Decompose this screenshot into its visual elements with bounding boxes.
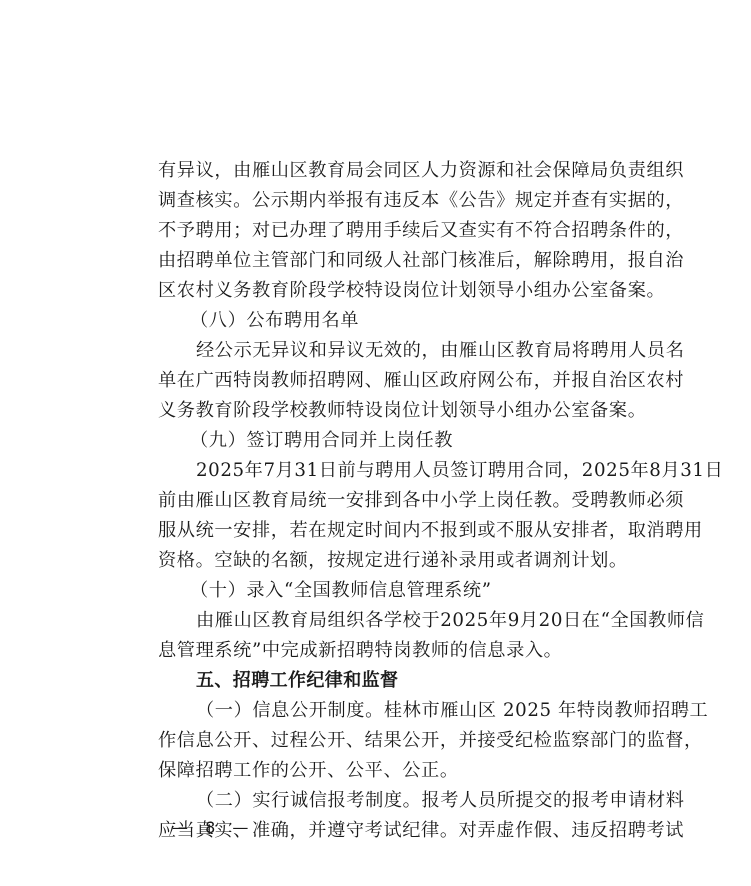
paragraph-line: 调查核实。公示期内举报有违反本《公告》规定并查有实据的，	[158, 186, 614, 216]
paragraph-line: 区农村义务教育阶段学校特设岗位计划领导小组办公室备案。	[158, 276, 614, 306]
chapter-5-item-1: （一）信息公开制度。桂林市雁山区 2025 年特岗教师招聘工 作信息公开、过程公…	[158, 696, 614, 786]
paragraph-line: 前由雁山区教育局统一安排到各中小学上岗任教。受聘教师必须	[158, 486, 614, 516]
section-heading-8: （八）公布聘用名单	[158, 306, 614, 336]
section-8: （八）公布聘用名单 经公示无异议和异议无效的，由雁山区教育局将聘用人员名 单在广…	[158, 306, 614, 426]
paragraph-line: 有异议，由雁山区教育局会同区人力资源和社会保障局负责组织	[158, 156, 614, 186]
section-10: （十）录入“全国教师信息管理系统” 由雁山区教育局组织各学校于2025年9月20…	[158, 576, 614, 666]
paragraph-line: 义务教育阶段学校教师特设岗位计划领导小组办公室备案。	[158, 396, 614, 426]
paragraph-line: 2025年7月31日前与聘用人员签订聘用合同，2025年8月31日	[158, 456, 614, 486]
page-number: — 8 —	[172, 818, 254, 837]
paragraph-line: 息管理系统”中完成新招聘特岗教师的信息录入。	[158, 636, 614, 666]
paragraph-line: 服从统一安排，若在规定时间内不报到或不服从安排者，取消聘用	[158, 516, 614, 546]
paragraph-line: 作信息公开、过程公开、结果公开，并接受纪检监察部门的监督，	[158, 726, 614, 756]
section-heading-10: （十）录入“全国教师信息管理系统”	[158, 576, 614, 606]
paragraph-line: 保障招聘工作的公开、公平、公正。	[158, 756, 614, 786]
paragraph-line: 经公示无异议和异议无效的，由雁山区教育局将聘用人员名	[158, 336, 614, 366]
chapter-heading-5: 五、招聘工作纪律和监督	[158, 666, 614, 696]
paragraph-line: （二）实行诚信报考制度。报考人员所提交的报考申请材料	[158, 786, 614, 816]
paragraph-line: 由招聘单位主管部门和同级人社部门核准后，解除聘用，报自治	[158, 246, 614, 276]
section-9: （九）签订聘用合同并上岗任教 2025年7月31日前与聘用人员签订聘用合同，20…	[158, 426, 614, 576]
paragraph-line: （一）信息公开制度。桂林市雁山区 2025 年特岗教师招聘工	[158, 696, 614, 726]
chapter-5-item-2: （二）实行诚信报考制度。报考人员所提交的报考申请材料 应当真实、准确，并遵守考试…	[158, 786, 614, 846]
paragraph-line: 资格。空缺的名额，按规定进行递补录用或者调剂计划。	[158, 546, 614, 576]
document-page: 有异议，由雁山区教育局会同区人力资源和社会保障局负责组织 调查核实。公示期内举报…	[0, 0, 751, 886]
paragraph-line: 单在广西特岗教师招聘网、雁山区政府网公布，并报自治区农村	[158, 366, 614, 396]
document-body: 有异议，由雁山区教育局会同区人力资源和社会保障局负责组织 调查核实。公示期内举报…	[158, 156, 614, 846]
paragraph-line: 不予聘用；对已办理了聘用手续后又查实有不符合招聘条件的，	[158, 216, 614, 246]
section-heading-9: （九）签订聘用合同并上岗任教	[158, 426, 614, 456]
paragraph-line: 由雁山区教育局组织各学校于2025年9月20日在“全国教师信	[158, 606, 614, 636]
continuation-paragraph: 有异议，由雁山区教育局会同区人力资源和社会保障局负责组织 调查核实。公示期内举报…	[158, 156, 614, 306]
